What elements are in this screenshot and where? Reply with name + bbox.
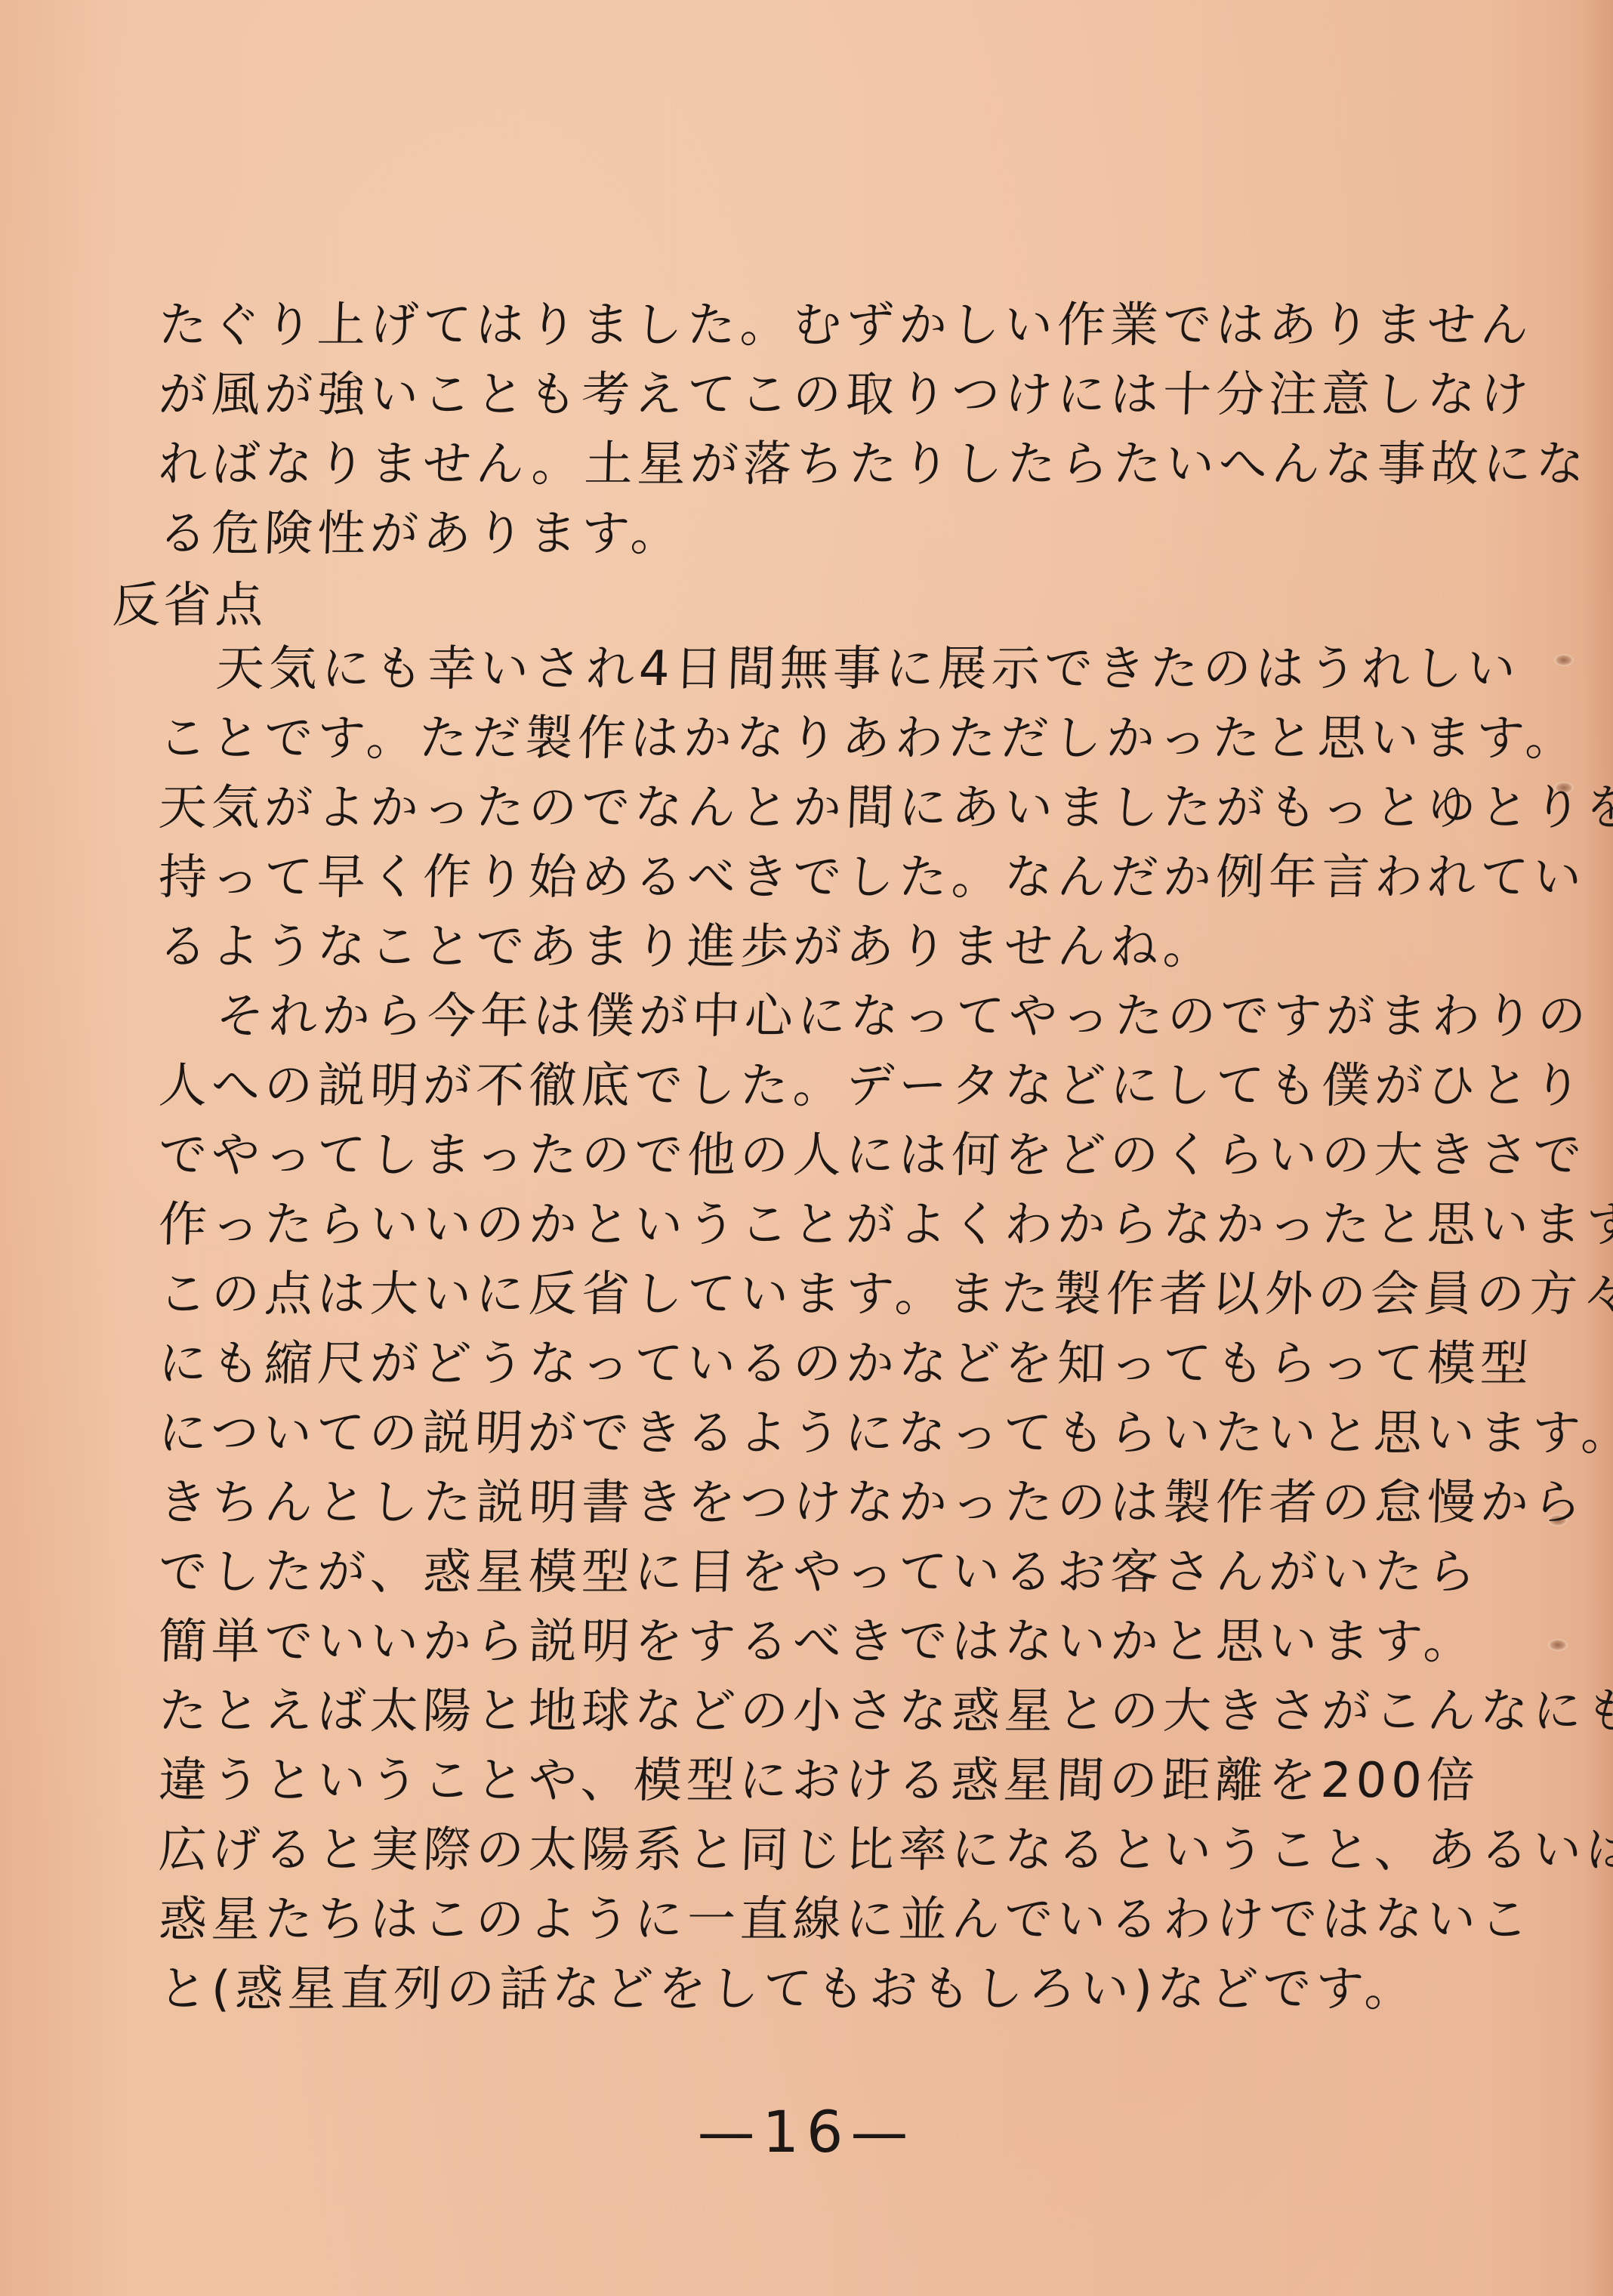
text-line: 広げると実際の太陽系と同じ比率になるということ、あるいは	[157, 1816, 1458, 1885]
text-line: たとえば太陽と地球などの小さな惑星との大きさがこんなにも	[157, 1677, 1458, 1746]
text-line: 天気がよかったのでなんとか間にあいましたがもっとゆとりを	[157, 773, 1458, 843]
text-line: きちんとした説明書きをつけなかったのは製作者の怠慢から	[157, 1468, 1458, 1538]
text-line: と(惑星直列の話などをしてもおもしろい)などです。	[157, 1955, 1458, 2024]
text-line: 作ったらいいのかということがよくわからなかったと思います。	[157, 1190, 1458, 1260]
text-line: たぐり上げてはりました。むずかしい作業ではありません	[157, 291, 1458, 360]
text-line: にも縮尺がどうなっているのかなどを知ってもらって模型	[157, 1329, 1458, 1399]
staple-hole-mark	[1548, 1639, 1568, 1651]
reflection-body: 天気にも幸いされ4日間無事に展示できたのはうれしい ことです。ただ製作はかなりあ…	[159, 634, 1457, 2024]
text-line: るようなことであまり進歩がありませんね。	[157, 912, 1458, 982]
page-number: —16—	[0, 2098, 1613, 2165]
text-line: についての説明ができるようになってもらいたいと思います。	[157, 1399, 1458, 1468]
paragraph-continued: たぐり上げてはりました。むずかしい作業ではありません が風が強いことも考えてこの…	[159, 291, 1457, 569]
text-line: でしたが、惑星模型に目をやっているお客さんがいたら	[157, 1538, 1458, 1607]
text-line: それから今年は僕が中心になってやったのですがまわりの	[157, 982, 1458, 1051]
text-line: この点は大いに反省しています。また製作者以外の会員の方々	[157, 1260, 1458, 1329]
text-line: 違うということや、模型における惑星間の距離を200倍	[157, 1746, 1458, 1816]
text-line: 持って早く作り始めるべきでした。なんだか例年言われてい	[157, 843, 1458, 912]
page-edge-shadow	[1583, 0, 1613, 2296]
text-line: ればなりません。土星が落ちたりしたらたいへんな事故にな	[157, 430, 1458, 499]
staple-hole-mark	[1554, 654, 1574, 666]
text-line: 惑星たちはこのように一直線に並んでいるわけではないこ	[157, 1885, 1458, 1955]
text-line: る危険性があります。	[157, 499, 1458, 569]
text-line: 天気にも幸いされ4日間無事に展示できたのはうれしい	[157, 634, 1458, 704]
text-line: でやってしまったので他の人には何をどのくらいの大きさで	[157, 1121, 1458, 1190]
text-line: ことです。ただ製作はかなりあわただしかったと思います。	[157, 704, 1458, 773]
section-heading-reflection: 反省点	[112, 566, 266, 636]
text-line: が風が強いことも考えてこの取りつけには十分注意しなけ	[157, 360, 1458, 430]
paper-page: たぐり上げてはりました。むずかしい作業ではありません が風が強いことも考えてこの…	[0, 0, 1613, 2296]
text-line: 簡単でいいから説明をするべきではないかと思います。	[157, 1607, 1458, 1677]
text-line: 人への説明が不徹底でした。データなどにしても僕がひとり	[157, 1051, 1458, 1121]
